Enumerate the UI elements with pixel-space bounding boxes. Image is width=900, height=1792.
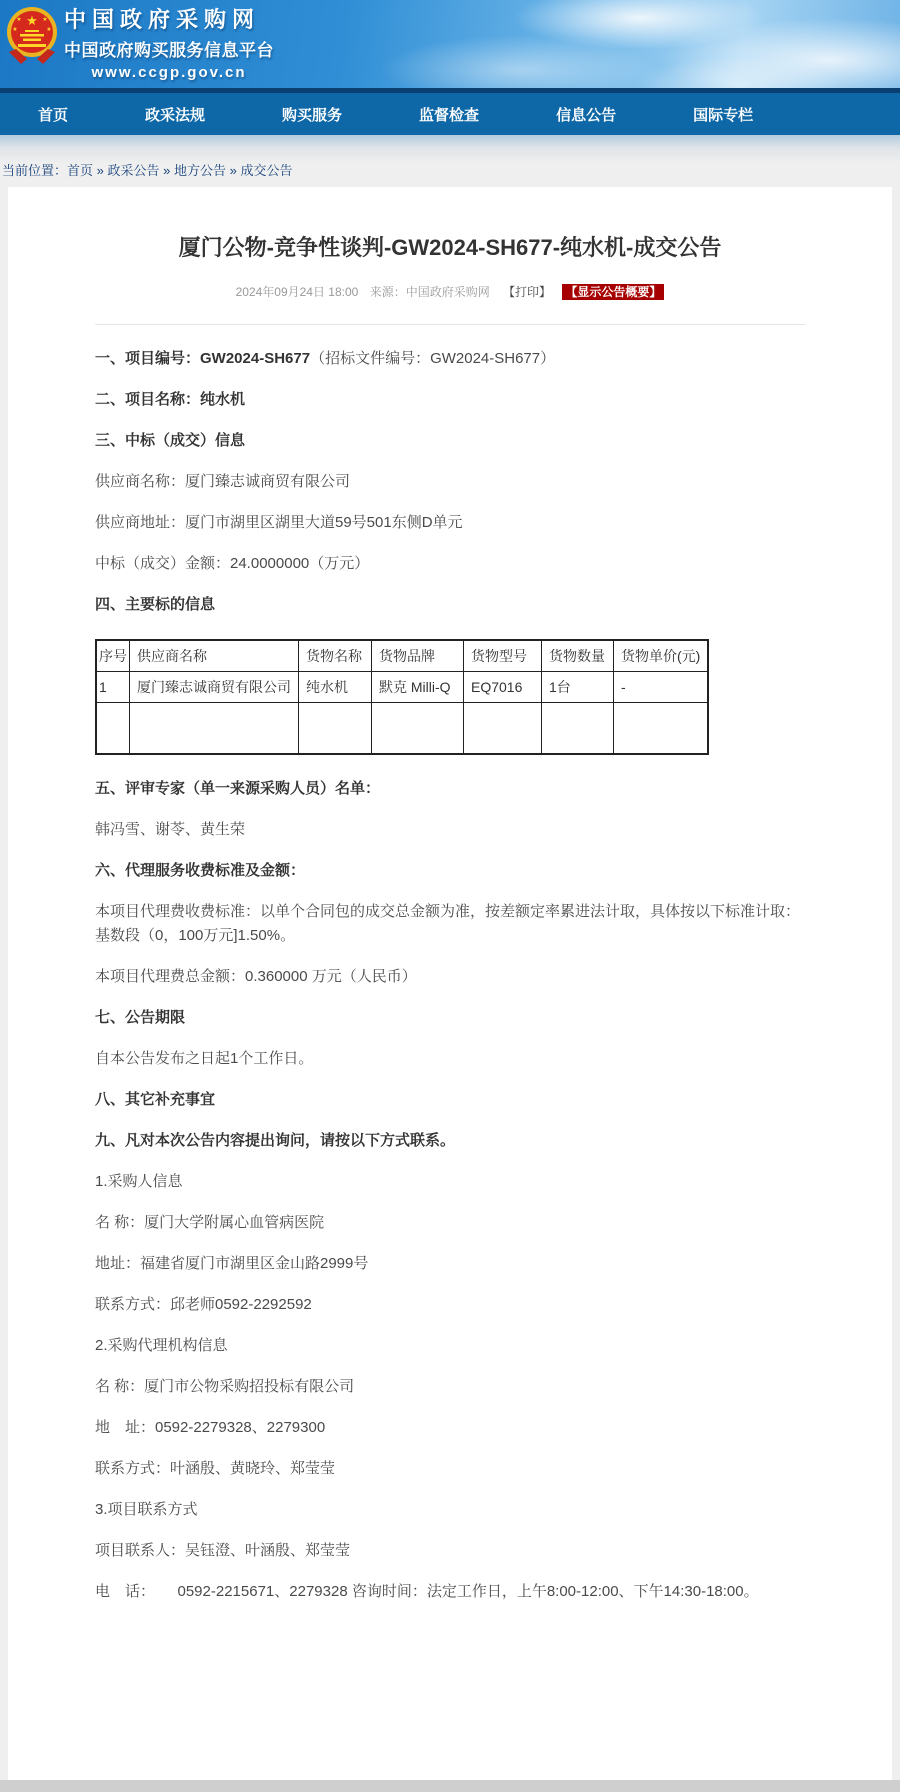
paragraph: 联系方式：邱老师0592-2292592 [95, 1293, 805, 1317]
svg-text:★: ★ [26, 13, 38, 28]
paragraph: 地 址：0592-2279328、2279300 [95, 1416, 805, 1440]
paragraph: 供应商名称：厦门臻志诚商贸有限公司 [95, 470, 805, 494]
breadcrumb-link[interactable]: 首页 [67, 163, 93, 178]
table-header-cell: 序号 [96, 640, 130, 672]
table-cell [372, 703, 464, 755]
main-nav: 首页政采法规购买服务监督检查信息公告国际专栏 [0, 93, 900, 135]
page: ★ ★ ★ ★ ★ 中国政府采购网 中国政府购买服务信息平台 www.ccgp.… [0, 0, 900, 1792]
site-banner: ★ ★ ★ ★ ★ 中国政府采购网 中国政府购买服务信息平台 www.ccgp.… [0, 0, 900, 88]
breadcrumb-prefix: 当前位置： [2, 163, 67, 178]
paragraph: 联系方式：叶涵殷、黄晓玲、郑莹莹 [95, 1457, 805, 1481]
paragraph: 项目联系人：吴钰澄、叶涵殷、郑莹莹 [95, 1539, 805, 1563]
breadcrumb-link[interactable]: 政采公告 [108, 163, 160, 178]
breadcrumb-link[interactable]: 成交公告 [240, 163, 292, 178]
table-cell: 1台 [542, 672, 614, 703]
table-header-cell: 货物型号 [464, 640, 542, 672]
items-table: 序号供应商名称货物名称货物品牌货物型号货物数量货物单价(元)1厦门臻志诚商贸有限… [95, 639, 709, 755]
article-meta: 2024年09月24日 18:00 来源：中国政府采购网 【打印】 【显示公告概… [95, 283, 805, 300]
show-summary-button[interactable]: 【显示公告概要】 [562, 284, 664, 300]
breadcrumb-separator: » [93, 163, 107, 178]
page-title: 厦门公物-竞争性谈判-GW2024-SH677-纯水机-成交公告 [95, 233, 805, 263]
paragraph: 韩冯雪、谢苓、黄生荣 [95, 818, 805, 842]
table-header-cell: 货物单价(元) [614, 640, 709, 672]
section-heading: 六、代理服务收费标准及金额： [95, 859, 805, 883]
table-cell [614, 703, 709, 755]
paragraph: 本项目代理费总金额：0.360000 万元（人民币） [95, 965, 805, 989]
paragraph: 1.采购人信息 [95, 1170, 805, 1194]
paragraph: 本项目代理费收费标准：以单个合同包的成交总金额为准，按差额定率累进法计取，具体按… [95, 900, 805, 948]
svg-text:★: ★ [16, 16, 21, 23]
paragraph: 地址：福建省厦门市湖里区金山路2999号 [95, 1252, 805, 1276]
paragraph: 一、项目编号：GW2024-SH677（招标文件编号：GW2024-SH677） [95, 347, 805, 371]
table-cell [464, 703, 542, 755]
section-heading: 四、主要标的信息 [95, 593, 805, 617]
table-cell: EQ7016 [464, 672, 542, 703]
nav-item[interactable]: 首页 [38, 104, 68, 125]
table-row: 1厦门臻志诚商贸有限公司纯水机默克 Milli-QEQ70161台- [96, 672, 708, 703]
paragraph: 名 称：厦门市公物采购招投标有限公司 [95, 1375, 805, 1399]
breadcrumb-band: 当前位置：首页 » 政采公告 » 地方公告 » 成交公告 [0, 135, 900, 187]
site-subtitle: 中国政府购买服务信息平台 [64, 36, 274, 61]
svg-text:★: ★ [12, 26, 17, 33]
national-emblem-icon: ★ ★ ★ ★ ★ [6, 4, 58, 68]
table-cell [542, 703, 614, 755]
section-heading: 八、其它补充事宜 [95, 1088, 805, 1112]
table-cell [299, 703, 372, 755]
publish-datetime: 2024年09月24日 18:00 [236, 285, 359, 299]
breadcrumb-separator: » [226, 163, 240, 178]
breadcrumb-link[interactable]: 地方公告 [174, 163, 226, 178]
svg-text:★: ★ [46, 26, 51, 33]
paragraph: 3.项目联系方式 [95, 1498, 805, 1522]
table-cell [96, 703, 130, 755]
breadcrumb: 当前位置：首页 » 政采公告 » 地方公告 » 成交公告 [0, 135, 900, 179]
section-heading: 五、评审专家（单一来源采购人员）名单： [95, 777, 805, 801]
paragraph: 供应商地址：厦门市湖里区湖里大道59号501东侧D单元 [95, 511, 805, 535]
table-cell: - [614, 672, 709, 703]
section-heading: 二、项目名称：纯水机 [95, 388, 805, 412]
source-label: 来源：中国政府采购网 [370, 285, 490, 299]
nav-item[interactable]: 购买服务 [282, 104, 342, 125]
table-cell: 1 [96, 672, 130, 703]
svg-text:★: ★ [42, 16, 47, 23]
table-cell [130, 703, 299, 755]
paragraph: 自本公告发布之日起1个工作日。 [95, 1047, 805, 1071]
announcement-card: 厦门公物-竞争性谈判-GW2024-SH677-纯水机-成交公告 2024年09… [8, 187, 892, 1780]
nav-item[interactable]: 政采法规 [145, 104, 205, 125]
table-row [96, 703, 708, 755]
section-heading: 九、凡对本次公告内容提出询问，请按以下方式联系。 [95, 1129, 805, 1153]
nav-item[interactable]: 信息公告 [556, 104, 616, 125]
breadcrumb-separator: » [160, 163, 174, 178]
section-heading: 三、中标（成交）信息 [95, 429, 805, 453]
site-name: 中国政府采购网 [64, 3, 274, 34]
table-cell: 厦门臻志诚商贸有限公司 [130, 672, 299, 703]
paragraph: 名 称：厦门大学附属心血管病医院 [95, 1211, 805, 1235]
paragraph-normal-part: （招标文件编号：GW2024-SH677） [310, 350, 555, 367]
table-cell: 纯水机 [299, 672, 372, 703]
footer-strip [0, 1780, 900, 1792]
table-header-cell: 货物名称 [299, 640, 372, 672]
site-url: www.ccgp.gov.cn [64, 64, 274, 81]
table-header-cell: 货物品牌 [372, 640, 464, 672]
nav-item[interactable]: 监督检查 [419, 104, 479, 125]
article-body: 一、项目编号：GW2024-SH677（招标文件编号：GW2024-SH677）… [95, 347, 805, 1604]
divider [95, 324, 805, 325]
national-emblem-logo[interactable]: ★ ★ ★ ★ ★ [6, 4, 58, 68]
paragraph: 2.采购代理机构信息 [95, 1334, 805, 1358]
table-cell: 默克 Milli-Q [372, 672, 464, 703]
table-header-cell: 供应商名称 [130, 640, 299, 672]
paragraph: 中标（成交）金额：24.0000000（万元） [95, 552, 805, 576]
table-header-row: 序号供应商名称货物名称货物品牌货物型号货物数量货物单价(元) [96, 640, 708, 672]
table-header-cell: 货物数量 [542, 640, 614, 672]
nav-item[interactable]: 国际专栏 [693, 104, 753, 125]
banner-text: 中国政府采购网 中国政府购买服务信息平台 www.ccgp.gov.cn [64, 3, 274, 81]
paragraph-bold-part: 一、项目编号：GW2024-SH677 [95, 350, 310, 367]
paragraph: 电 话： 0592-2215671、2279328 咨询时间：法定工作日，上午8… [95, 1580, 805, 1604]
print-button[interactable]: 【打印】 [503, 285, 551, 299]
section-heading: 七、公告期限 [95, 1006, 805, 1030]
